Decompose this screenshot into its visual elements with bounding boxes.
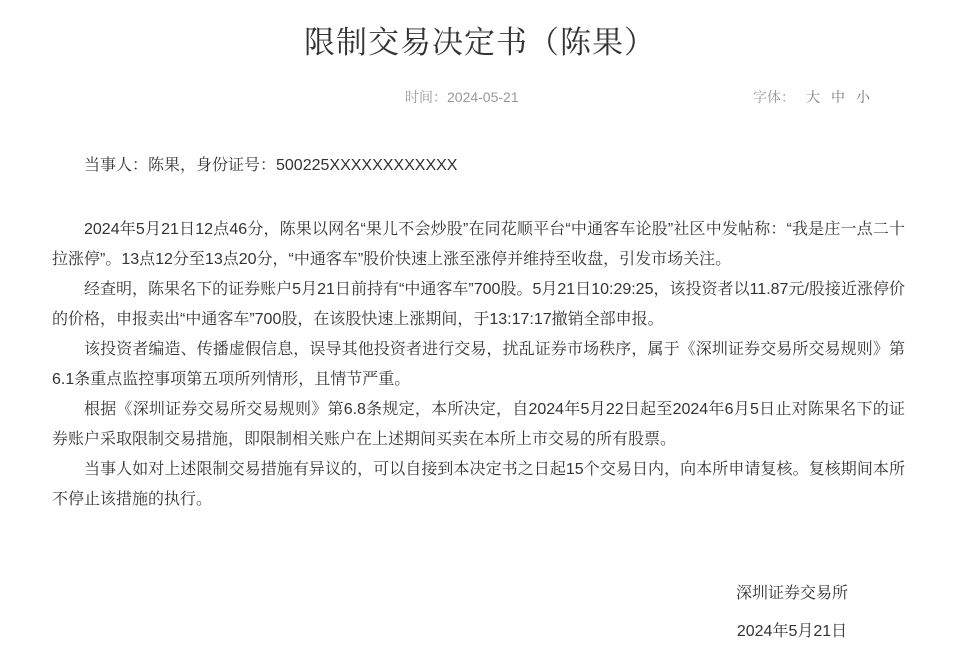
publish-time: 时间：2024-05-21 (405, 87, 519, 107)
publish-time-value: 2024-05-21 (447, 89, 519, 105)
signature-block: 深圳证券交易所 2024年5月21日 (736, 579, 848, 647)
decision-document-page: 限制交易决定书（陈果） 时间：2024-05-21 字体：大中小 当事人：陈果，… (0, 0, 960, 658)
body-paragraph-4: 根据《深圳证券交易所交易规则》第6.8条规定，本所决定，自2024年5月22日起… (52, 395, 905, 455)
font-size-option-small[interactable]: 小 (856, 87, 870, 107)
signature-org: 深圳证券交易所 (736, 579, 848, 609)
body-paragraph-1: 2024年5月21日12点46分，陈果以网名“果儿不会炒股”在同花顺平台“中通客… (52, 215, 905, 275)
font-size-option-medium[interactable]: 中 (831, 87, 845, 107)
document-body: 当事人：陈果，身份证号：500225XXXXXXXXXXXX 2024年5月21… (52, 151, 905, 515)
body-paragraph-2: 经查明，陈果名下的证券账户5月21日前持有“中通客车”700股。5月21日10:… (52, 275, 905, 335)
document-meta-row: 时间：2024-05-21 字体：大中小 (0, 87, 960, 107)
publish-time-label: 时间： (405, 89, 447, 105)
body-paragraph-3: 该投资者编造、传播虚假信息，误导其他投资者进行交易，扰乱证券市场秩序，属于《深圳… (52, 335, 905, 395)
signature-date: 2024年5月21日 (736, 617, 848, 647)
body-paragraph-5: 当事人如对上述限制交易措施有异议的，可以自接到本决定书之日起15个交易日内，向本… (52, 455, 905, 515)
party-info-line: 当事人：陈果，身份证号：500225XXXXXXXXXXXX (52, 151, 905, 181)
font-size-option-large[interactable]: 大 (806, 87, 820, 107)
font-size-control: 字体：大中小 (753, 87, 870, 107)
document-title: 限制交易决定书（陈果） (0, 0, 960, 60)
font-size-label: 字体： (753, 89, 795, 105)
